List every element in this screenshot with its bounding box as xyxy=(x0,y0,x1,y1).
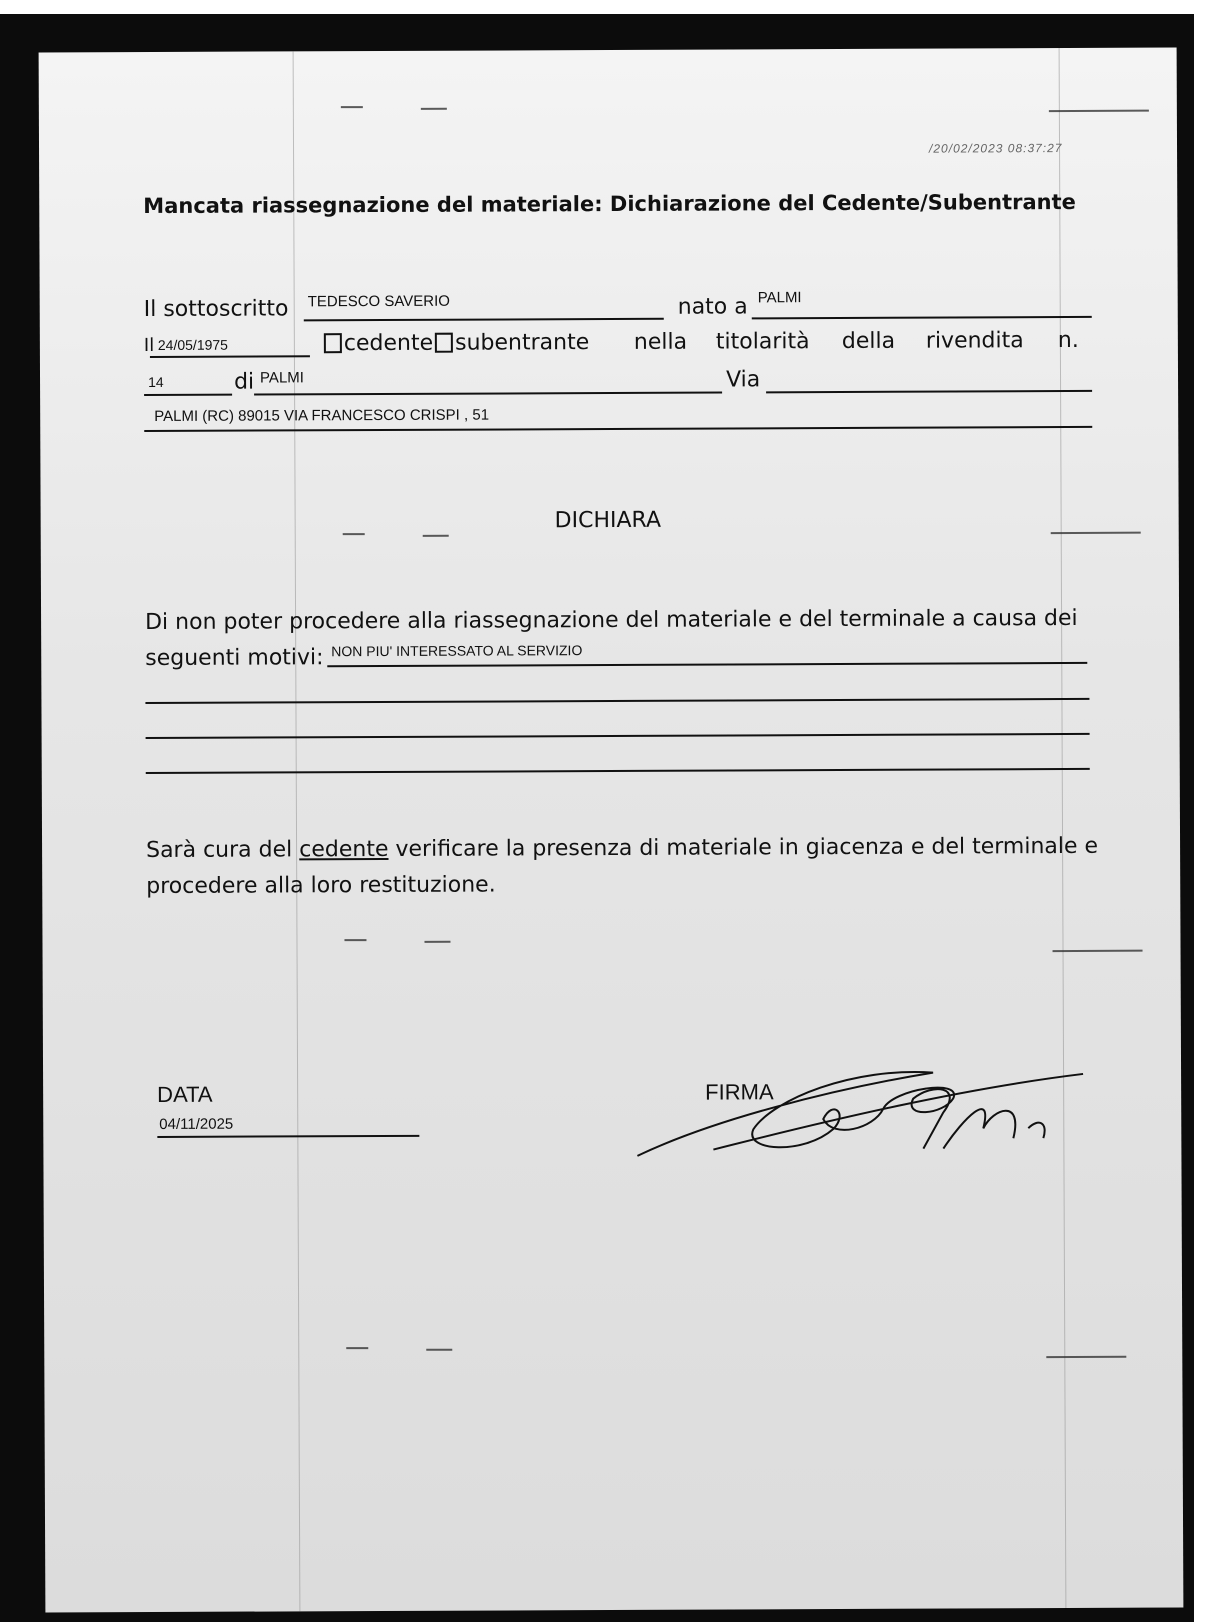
di-label: di xyxy=(234,370,254,395)
printer-mark xyxy=(424,941,450,943)
dichiara-heading: DICHIARA xyxy=(555,508,661,533)
sottoscritto-field-line xyxy=(304,318,664,322)
motivi-line xyxy=(146,768,1090,774)
printer-mark xyxy=(346,1347,368,1349)
signature xyxy=(633,1058,1093,1170)
printer-mark xyxy=(341,106,363,108)
printer-mark xyxy=(1053,950,1143,952)
sottoscritto-label: Il sottoscritto xyxy=(144,296,289,322)
printer-mark xyxy=(1046,1356,1126,1358)
cedente-label: cedente xyxy=(344,331,433,356)
closing-text: Sarà cura del xyxy=(146,837,299,863)
di-value: PALMI xyxy=(260,369,304,386)
cedente-emphasis: cedente xyxy=(299,837,388,862)
sottoscritto-value: TEDESCO SAVERIO xyxy=(308,293,450,311)
data-label: DATA xyxy=(157,1082,213,1108)
closing-text: verificare la presenza di materiale in g… xyxy=(388,834,1098,862)
printer-mark xyxy=(421,108,447,110)
via-label: Via xyxy=(726,367,760,392)
closing-line-1: Sarà cura del cedente verificare la pres… xyxy=(146,834,1098,863)
nato-field-line xyxy=(752,316,1092,319)
nato-value: PALMI xyxy=(758,289,802,306)
data-field-line xyxy=(157,1135,419,1138)
titolarita-word: titolarità xyxy=(716,329,810,354)
printer-mark xyxy=(1051,532,1141,534)
timestamp-stamp: /20/02/2023 08:37:27 xyxy=(929,141,1062,156)
subentrante-label: subentrante xyxy=(455,330,589,356)
address-field-line xyxy=(144,426,1092,432)
printer-mark xyxy=(1049,110,1149,112)
fold-line xyxy=(293,51,301,1611)
printer-mark xyxy=(426,1349,452,1351)
motivi-intro: Di non poter procedere alla riassegnazio… xyxy=(145,606,1078,635)
rivendita-number: 14 xyxy=(148,374,164,390)
titolarita-word: nella xyxy=(634,330,687,355)
rivendita-field-line xyxy=(144,394,232,396)
printer-mark xyxy=(344,939,366,941)
birthdate-field-line xyxy=(150,355,310,358)
titolarita-word: n. xyxy=(1058,328,1079,353)
il-label: Il xyxy=(144,335,154,356)
cedente-checkbox[interactable] xyxy=(324,333,342,353)
document-title: Mancata riassegnazione del materiale: Di… xyxy=(143,190,1076,218)
motivi-line xyxy=(145,698,1089,704)
document-page: /20/02/2023 08:37:27 Mancata riassegnazi… xyxy=(39,48,1184,1613)
image-margin xyxy=(1194,0,1232,1622)
titolarita-word: rivendita xyxy=(926,328,1024,353)
motivi-value: NON PIU' INTERESSATO AL SERVIZIO xyxy=(331,642,582,659)
closing-line-2: procedere alla loro restituzione. xyxy=(146,873,496,900)
birthdate-value: 24/05/1975 xyxy=(158,337,228,353)
cedente-option[interactable]: cedentesubentrante xyxy=(324,330,589,356)
motivi-line xyxy=(327,662,1087,667)
titolarita-word: della xyxy=(842,329,895,354)
nato-label: nato a xyxy=(678,294,748,319)
fold-line xyxy=(1059,48,1067,1608)
data-value: 04/11/2025 xyxy=(159,1116,233,1133)
printer-mark xyxy=(343,533,365,535)
motivi-line xyxy=(146,733,1090,739)
address-value: PALMI (RC) 89015 VIA FRANCESCO CRISPI , … xyxy=(154,407,489,425)
di-field-line xyxy=(254,392,722,396)
motivi-label: seguenti motivi: xyxy=(145,645,323,671)
via-field-line xyxy=(766,390,1092,393)
printer-mark xyxy=(423,535,449,537)
subentrante-checkbox[interactable] xyxy=(435,333,453,353)
